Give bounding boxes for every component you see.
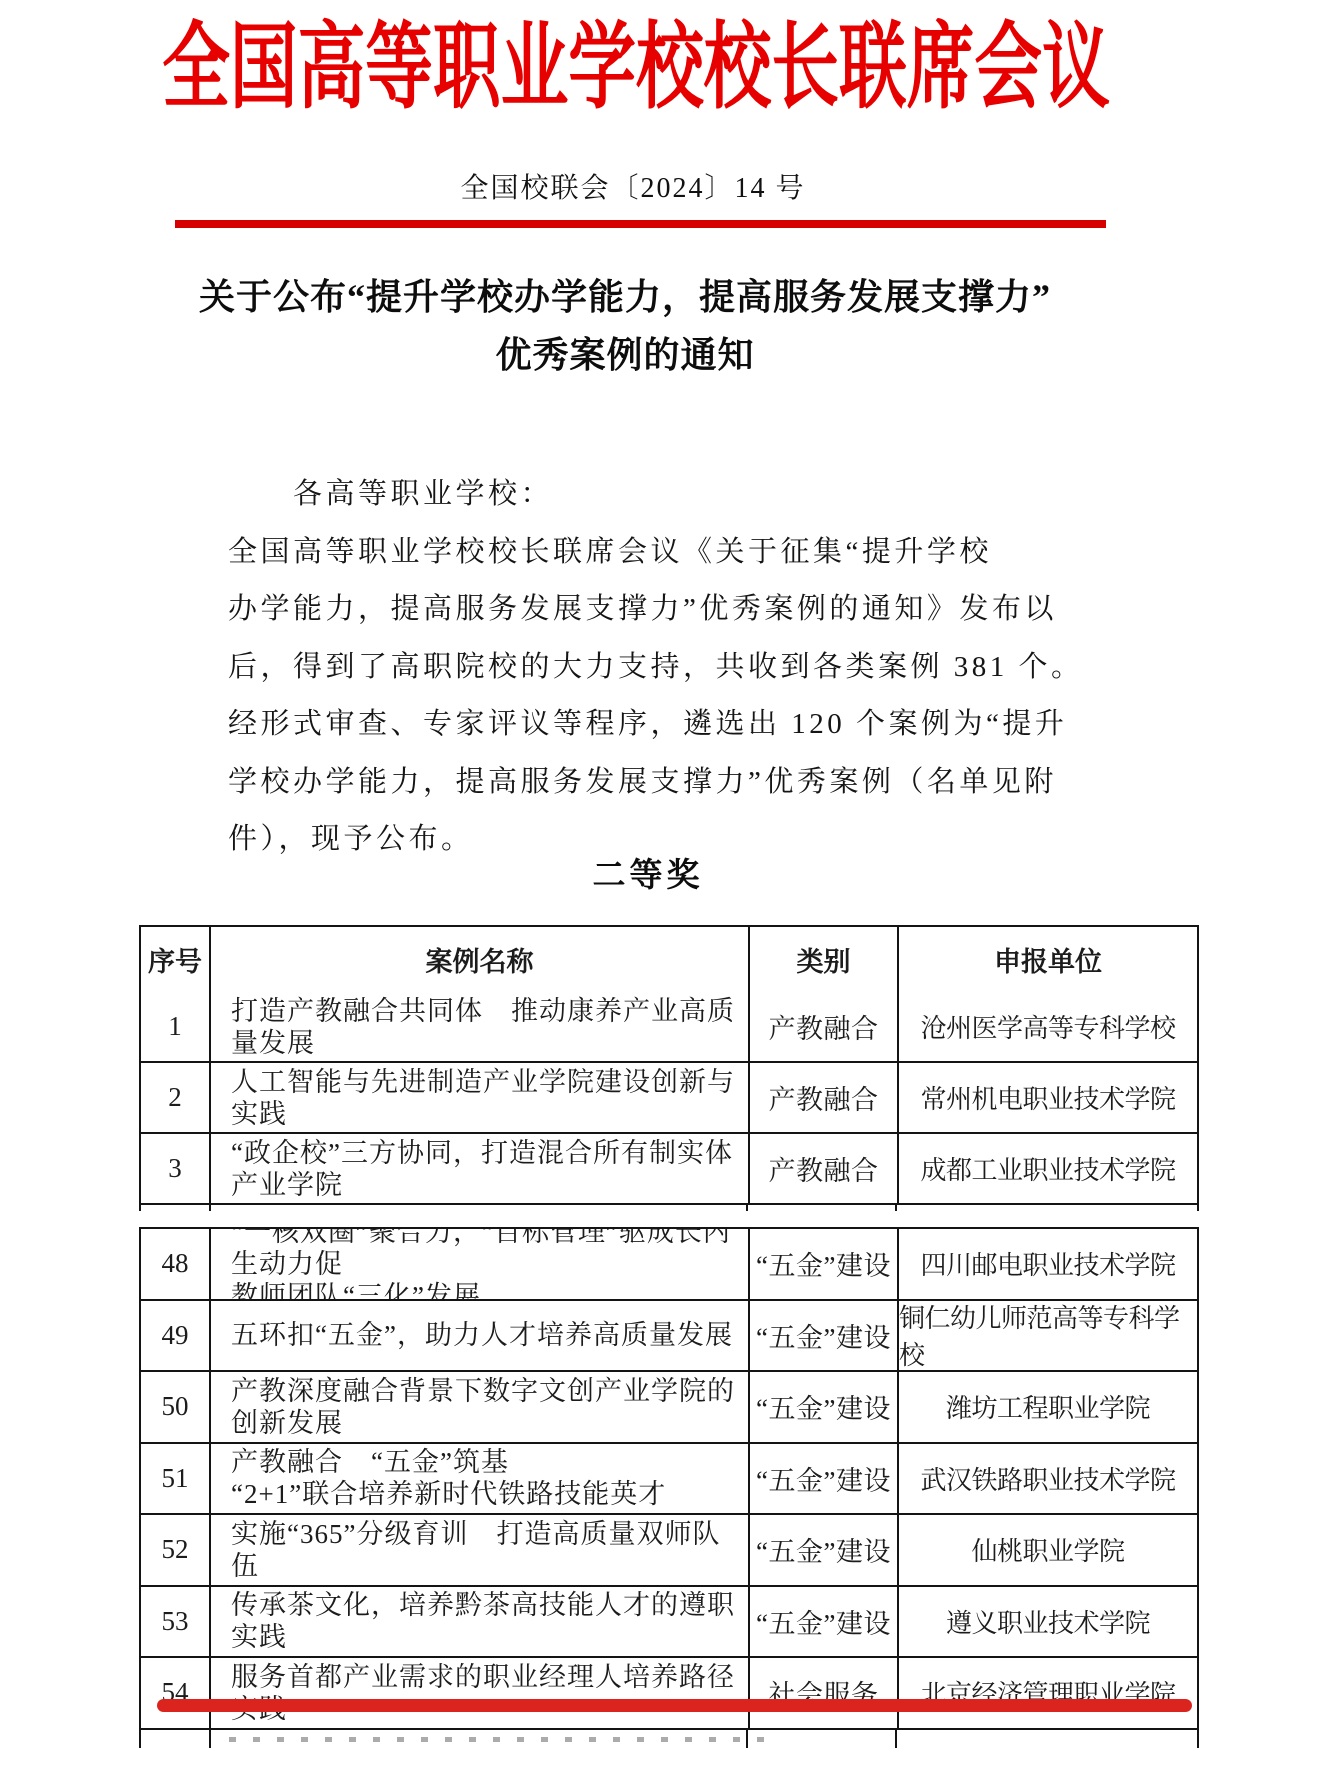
awards-table-fragment-2: 48 “一核双圈”聚合力，“目标管理”驱成长内生动力促 教师团队“三化”发展 “… (139, 1227, 1199, 1748)
col-header-organization: 申报单位 (897, 927, 1197, 992)
table-row: 3 “政企校”三方协同，打造混合所有制实体产业学院 产教融合 成都工业职业技术学… (141, 1132, 1197, 1203)
cell-index: 53 (141, 1587, 209, 1657)
cell-organization: 成都工业职业技术学院 (897, 1134, 1197, 1203)
table-row: 49 五环扣“五金”，助力人才培养高质量发展 “五金”建设 铜仁幼儿师范高等专科… (141, 1299, 1197, 1371)
table-row: 54 服务首都产业需求的职业经理人培养路径实践 社会服务 北京经济管理职业学院 (141, 1656, 1197, 1728)
table-row: 52 实施“365”分级育训 打造高质量双师队伍 “五金”建设 仙桃职业学院 (141, 1513, 1197, 1585)
cell-organization: 四川邮电职业技术学院 (897, 1229, 1197, 1299)
cell-organization: 仙桃职业学院 (897, 1515, 1197, 1585)
cell-index: 51 (141, 1444, 209, 1514)
cell-case-name: 五环扣“五金”，助力人才培养高质量发展 (209, 1301, 748, 1371)
cell-category: 产教融合 (748, 1134, 897, 1203)
red-divider-top (175, 220, 1106, 228)
cell-index: 52 (141, 1515, 209, 1585)
col-header-category: 类别 (748, 927, 897, 992)
cell-index: 1 (141, 992, 209, 1061)
doc-number: 全国校联会〔2024〕14 号 (0, 166, 1303, 206)
cell-case-name: 产教融合 “五金”筑基 “2+1”联合培养新时代铁路技能英才 (209, 1444, 748, 1514)
table-body-2: 48 “一核双圈”聚合力，“目标管理”驱成长内生动力促 教师团队“三化”发展 “… (141, 1229, 1197, 1728)
clipped-text-remnant (229, 1737, 774, 1742)
body-paragraph: 各高等职业学校： 全国高等职业学校校长联席会议《关于征集“提升学校 办学能力，提… (228, 466, 1048, 869)
cell-category: “五金”建设 (748, 1515, 897, 1585)
cell-index: 50 (141, 1372, 209, 1442)
cell-organization: 潍坊工程职业学院 (897, 1372, 1197, 1442)
doc-heading: 关于公布“提升学校办学能力，提高服务发展支撑力” 优秀案例的通知 (0, 268, 1295, 384)
body-line: 经形式审查、专家评议等程序，遴选出 120 个案例为“提升 (228, 696, 1048, 754)
cell-case-name: 打造产教融合共同体 推动康养产业高质量发展 (209, 992, 748, 1061)
cell-category: “五金”建设 (748, 1301, 897, 1371)
cell-case-name: 实施“365”分级育训 打造高质量双师队伍 (209, 1515, 748, 1585)
table-row: 1 打造产教融合共同体 推动康养产业高质量发展 产教融合 沧州医学高等专科学校 (141, 992, 1197, 1061)
cell-organization: 北京经济管理职业学院 (897, 1658, 1197, 1728)
cell-case-name: “政企校”三方协同，打造混合所有制实体产业学院 (209, 1134, 748, 1203)
col-header-case-name: 案例名称 (209, 927, 748, 992)
table-header-row: 序号 案例名称 类别 申报单位 (141, 927, 1197, 992)
red-highlight-underline (157, 1699, 1192, 1712)
cell-category: “五金”建设 (748, 1372, 897, 1442)
cell-case-name: 服务首都产业需求的职业经理人培养路径实践 (209, 1658, 748, 1728)
table-row: 51 产教融合 “五金”筑基 “2+1”联合培养新时代铁路技能英才 “五金”建设… (141, 1442, 1197, 1514)
doc-heading-line1: 关于公布“提升学校办学能力，提高服务发展支撑力” (0, 268, 1295, 326)
cell-organization: 武汉铁路职业技术学院 (897, 1444, 1197, 1514)
org-title: 全国高等职业学校校长联席会议 (154, 14, 1119, 122)
cell-category: “五金”建设 (748, 1587, 897, 1657)
cell-index: 3 (141, 1134, 209, 1203)
body-line: 后，得到了高职院校的大力支持，共收到各类案例 381 个。 (228, 639, 1048, 697)
cell-index: 54 (141, 1658, 209, 1728)
cell-case-name: 传承茶文化，培养黔茶高技能人才的遵职实践 (209, 1587, 748, 1657)
cell-index: 48 (141, 1229, 209, 1299)
cell-index: 2 (141, 1063, 209, 1132)
document-page: 全国高等职业学校校长联席会议 全国校联会〔2024〕14 号 关于公布“提升学校… (0, 0, 1340, 1778)
cell-case-name: “一核双圈”聚合力，“目标管理”驱成长内生动力促 教师团队“三化”发展 (209, 1229, 748, 1299)
table-row: 48 “一核双圈”聚合力，“目标管理”驱成长内生动力促 教师团队“三化”发展 “… (141, 1229, 1197, 1299)
table-body-1: 1 打造产教融合共同体 推动康养产业高质量发展 产教融合 沧州医学高等专科学校 … (141, 992, 1197, 1203)
cell-case-name: 产教深度融合背景下数字文创产业学院的创新发展 (209, 1372, 748, 1442)
cell-organization: 常州机电职业技术学院 (897, 1063, 1197, 1132)
cell-organization: 沧州医学高等专科学校 (897, 992, 1197, 1061)
body-line: 办学能力，提高服务发展支撑力”优秀案例的通知》发布以 (228, 581, 1048, 639)
cell-category: 社会服务 (748, 1658, 897, 1728)
cell-category: “五金”建设 (748, 1444, 897, 1514)
clipped-row-top (141, 1203, 1197, 1211)
body-line: 各高等职业学校： (228, 466, 1048, 524)
cell-organization: 铜仁幼儿师范高等专科学校 (897, 1301, 1197, 1371)
cell-category: 产教融合 (748, 992, 897, 1061)
cell-index: 49 (141, 1301, 209, 1371)
cell-category: 产教融合 (748, 1063, 897, 1132)
clipped-row-bottom (141, 1728, 1197, 1748)
body-line: 学校办学能力，提高服务发展支撑力”优秀案例（名单见附 (228, 754, 1048, 812)
col-header-index: 序号 (141, 927, 209, 992)
cell-case-name: 人工智能与先进制造产业学院建设创新与实践 (209, 1063, 748, 1132)
table-row: 50 产教深度融合背景下数字文创产业学院的创新发展 “五金”建设 潍坊工程职业学… (141, 1370, 1197, 1442)
table-row: 53 传承茶文化，培养黔茶高技能人才的遵职实践 “五金”建设 遵义职业技术学院 (141, 1585, 1197, 1657)
awards-table-fragment-1: 序号 案例名称 类别 申报单位 1 打造产教融合共同体 推动康养产业高质量发展 … (139, 925, 1199, 1211)
table-row: 2 人工智能与先进制造产业学院建设创新与实践 产教融合 常州机电职业技术学院 (141, 1061, 1197, 1132)
doc-heading-line2: 优秀案例的通知 (0, 326, 1295, 384)
cell-organization: 遵义职业技术学院 (897, 1587, 1197, 1657)
body-line: 全国高等职业学校校长联席会议《关于征集“提升学校 (228, 524, 1048, 582)
cell-category: “五金”建设 (748, 1229, 897, 1299)
section-heading-second-prize: 二等奖 (0, 853, 1318, 899)
